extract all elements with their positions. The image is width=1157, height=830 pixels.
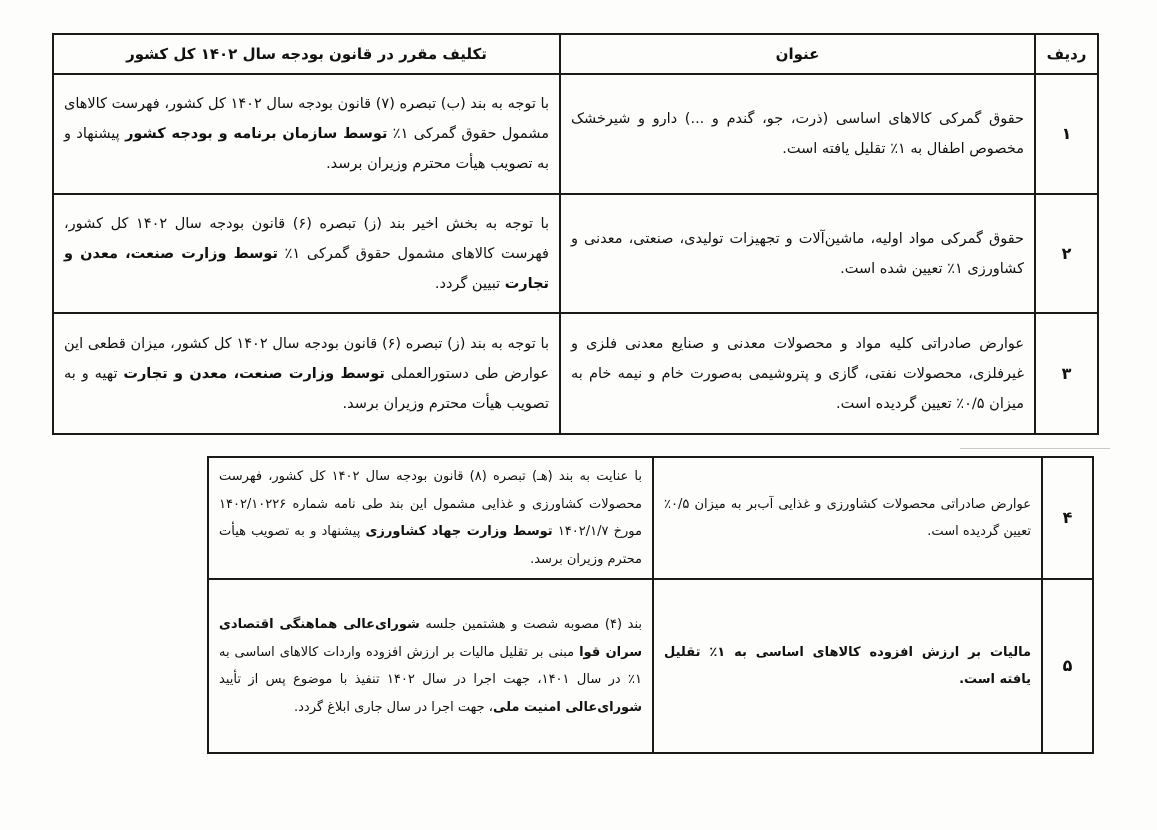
scan-artifact-line bbox=[960, 448, 1110, 449]
obligation-text-tail: تبیین گردد. bbox=[435, 276, 505, 292]
title-cell: عوارض صادراتی کلیه مواد و محصولات معدنی … bbox=[560, 313, 1035, 434]
obligation-cell: بند (۴) مصوبه شصت و هشتمین جلسه شورای‌عا… bbox=[208, 579, 653, 753]
row-number-cell: ۵ bbox=[1042, 579, 1093, 753]
row-number-cell: ۳ bbox=[1035, 313, 1098, 434]
title-cell: حقوق گمرکی مواد اولیه، ماشین‌آلات و تجهی… bbox=[560, 194, 1035, 313]
row-number-cell: ۲ bbox=[1035, 194, 1098, 313]
table-row: ۴ عوارض صادراتی محصولات کشاورزی و غذایی … bbox=[208, 457, 1093, 579]
table-row: ۵ مالیات بر ارزش افزوده کالاهای اساسی به… bbox=[208, 579, 1093, 753]
obligation-approving-body: شورای‌عالی امنیت ملی bbox=[493, 700, 642, 715]
obligation-cell: با عنایت به بند (هـ) تبصره (۸) قانون بود… bbox=[208, 457, 653, 579]
obligation-responsible-body: توسط وزارت جهاد کشاورزی bbox=[366, 524, 553, 539]
budget-obligations-table-2: ۴ عوارض صادراتی محصولات کشاورزی و غذایی … bbox=[207, 456, 1094, 754]
obligation-cell: با توجه به بند (ز) تبصره (۶) قانون بودجه… bbox=[53, 313, 560, 434]
budget-obligations-table-1: ردیف عنوان تکلیف مقرر در قانون بودجه سال… bbox=[52, 33, 1099, 435]
header-obligation: تکلیف مقرر در قانون بودجه سال ۱۴۰۲ کل کش… bbox=[53, 34, 560, 74]
table-row: ۳ عوارض صادراتی کلیه مواد و محصولات معدن… bbox=[53, 313, 1098, 434]
obligation-cell: با توجه به بند (ب) تبصره (۷) قانون بودجه… bbox=[53, 74, 560, 194]
table-row: ۲ حقوق گمرکی مواد اولیه، ماشین‌آلات و تج… bbox=[53, 194, 1098, 313]
title-cell: حقوق گمرکی کالاهای اساسی (ذرت، جو، گندم … bbox=[560, 74, 1035, 194]
row-number-cell: ۱ bbox=[1035, 74, 1098, 194]
obligation-text-tail: ، جهت اجرا در سال جاری ابلاغ گردد. bbox=[294, 700, 493, 715]
obligation-cell: با توجه به بخش اخیر بند (ز) تبصره (۶) قا… bbox=[53, 194, 560, 313]
obligation-responsible-body: توسط وزارت صنعت، معدن و تجارت bbox=[123, 366, 384, 382]
header-title: عنوان bbox=[560, 34, 1035, 74]
obligation-responsible-body: توسط سازمان برنامه و بودجه کشور bbox=[125, 126, 387, 142]
title-cell: مالیات بر ارزش افزوده کالاهای اساسی به ۱… bbox=[653, 579, 1042, 753]
title-cell: عوارض صادراتی محصولات کشاورزی و غذایی آب… bbox=[653, 457, 1042, 579]
header-row-number: ردیف bbox=[1035, 34, 1098, 74]
obligation-text: بند (۴) مصوبه شصت و هشتمین جلسه bbox=[420, 617, 642, 632]
table-row: ۱ حقوق گمرکی کالاهای اساسی (ذرت، جو، گند… bbox=[53, 74, 1098, 194]
row-number-cell: ۴ bbox=[1042, 457, 1093, 579]
table-header-row: ردیف عنوان تکلیف مقرر در قانون بودجه سال… bbox=[53, 34, 1098, 74]
